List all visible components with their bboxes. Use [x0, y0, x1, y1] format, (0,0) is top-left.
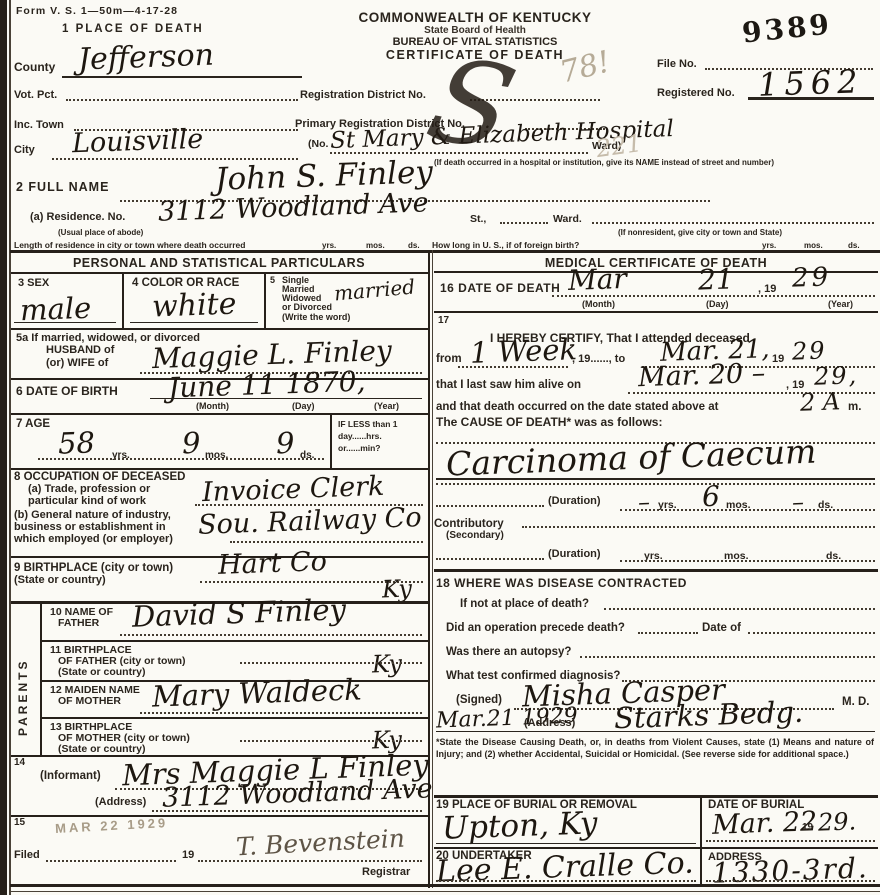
left-edge-line	[9, 0, 11, 895]
undertaker-address-handwritten: 1330-3rd.	[711, 851, 869, 889]
birthplace-label: 9 BIRTHPLACE (city or town)	[14, 562, 173, 574]
dod-day-label: (Day)	[706, 299, 729, 309]
registrar-signature-handwritten: T. Bevenstein	[235, 824, 405, 862]
informant-addr-label: (Address)	[95, 796, 146, 808]
parents-inner-divider	[40, 601, 42, 755]
cause-rule-bottom2	[436, 483, 875, 485]
vot-pct-line	[66, 99, 298, 101]
filed-date-stamp: MAR 22 1929	[55, 815, 169, 836]
occurred-label: and that death occurred on the date stat…	[436, 401, 718, 413]
age-ifless-divider	[330, 413, 332, 468]
howlong-ds-label: ds.	[848, 241, 860, 250]
occupation-b-line	[230, 541, 423, 543]
cause-label: The CAUSE OF DEATH* was as follows:	[436, 415, 662, 429]
dod-label: 16 DATE OF DEATH	[440, 281, 560, 295]
residence-ward-label: Ward.	[553, 213, 582, 225]
question-autopsy: Was there an autopsy?	[446, 646, 571, 658]
lastsaw-handwritten: Mar. 20 –	[637, 358, 765, 393]
where-contracted-label: 18 WHERE WAS DISEASE CONTRACTED	[436, 576, 687, 590]
lastsaw-year-handwritten: 29,	[814, 361, 859, 391]
duration1-ds-handwritten: –	[792, 488, 805, 516]
file-number-stamp: 9389	[741, 7, 834, 49]
filed-year-label: 19	[182, 849, 194, 861]
question-place-of-death: If not at place of death?	[460, 598, 589, 610]
dod-month-label: (Month)	[582, 299, 615, 309]
marital-write-word: (Write the word)	[282, 312, 350, 322]
abode-note: (Usual place of abode)	[58, 228, 143, 237]
death-certificate-scan: Form V. S. 1—50m—4-17-28 1 PLACE OF DEAT…	[0, 0, 880, 895]
dob-day-label: (Day)	[292, 401, 315, 411]
left-edge-bar	[0, 0, 7, 895]
spouse-label-2: HUSBAND of	[46, 344, 114, 356]
signature-address-handwritten: Starks Bedg.	[613, 695, 803, 736]
marital-divorced: or Divorced	[282, 302, 332, 312]
personal-title: PERSONAL AND STATISTICAL PARTICULARS	[12, 256, 426, 270]
occupation-b-handwritten: Sou. Railway Co	[198, 502, 423, 541]
filed-line1	[46, 860, 176, 862]
sex-line	[14, 322, 116, 323]
full-name-label: 2 FULL NAME	[16, 180, 109, 194]
inc-town-label: Inc. Town	[14, 119, 64, 131]
residence-ward-line1	[500, 222, 548, 224]
occupation-a-line2: particular kind of work	[28, 495, 146, 507]
burial-place-line	[436, 843, 696, 844]
certify-to-year-handwritten: 29	[792, 336, 828, 365]
mother-bp-label3: (State or country)	[58, 743, 146, 755]
county-line	[62, 76, 302, 78]
birthplace-label2: (State or country)	[14, 574, 106, 586]
undertaker-address-line	[706, 880, 875, 882]
father-row-rule	[41, 640, 428, 642]
length-ds-label: ds.	[408, 241, 420, 250]
form-number: Form V. S. 1—50m—4-17-28	[16, 5, 178, 17]
occupation-label: 8 OCCUPATION OF DECEASED	[14, 471, 185, 483]
burial-place-handwritten: Upton, Ky	[441, 805, 598, 846]
burial-year-prefix: 19	[802, 822, 813, 833]
filed-number: 15	[14, 817, 25, 828]
sex-race-divider	[122, 272, 124, 328]
spouse-label-3: (or) WIFE of	[46, 357, 108, 369]
state-board-subtitle: State Board of Health	[310, 25, 640, 36]
occurred-time-handwritten: 2 A	[800, 387, 841, 416]
howlong-label: How long in U. S., if of foreign birth?	[432, 240, 579, 250]
place-of-death-label: 1 PLACE OF DEATH	[62, 23, 204, 35]
dod-year-handwritten: 29	[791, 262, 831, 293]
duration-row-rule	[434, 569, 878, 572]
signed-label: (Signed)	[456, 694, 502, 706]
burial-column-divider	[700, 795, 702, 884]
mother-name-line	[140, 712, 422, 714]
bottom-border-2	[10, 891, 880, 892]
dob-row-rule	[11, 413, 428, 415]
mother-name-handwritten: Mary Waldeck	[151, 672, 362, 713]
duration2-line	[620, 560, 875, 562]
duration2-label: (Duration)	[548, 548, 601, 560]
dob-label: 6 DATE OF BIRTH	[16, 384, 118, 398]
informant-row-rule	[11, 815, 428, 817]
residence-handwritten: 3112 Woodland Ave	[158, 187, 430, 227]
undertaker-line	[436, 880, 696, 882]
occurred-suffix: m.	[848, 401, 861, 413]
length-yrs-label: yrs.	[322, 241, 336, 250]
filed-label: Filed	[14, 849, 40, 861]
duration2-lead-line	[436, 558, 544, 560]
violent-death-footnote: *State the Disease Causing Death, or, in…	[436, 737, 874, 760]
duration1-line	[620, 509, 875, 511]
question2-line2	[748, 632, 875, 634]
registered-no-label: Registered No.	[657, 87, 735, 99]
age-days-handwritten: 9	[275, 426, 295, 461]
certify-to-year-prefix: 19	[772, 353, 784, 365]
howlong-mos-label: mos.	[804, 241, 823, 250]
mother-bp-line	[240, 740, 422, 742]
father-bp-handwritten: Ky	[372, 649, 403, 678]
father-name-line	[120, 634, 422, 636]
certify-number: 17	[438, 315, 449, 326]
sex-label: 3 SEX	[18, 277, 49, 289]
dod-month-handwritten: Mar	[567, 262, 627, 297]
marital-number: 5	[270, 275, 275, 285]
secondary-label: (Secondary)	[446, 530, 504, 541]
race-value-handwritten: white	[151, 287, 237, 325]
lastsaw-label: that I last saw him alive on	[436, 379, 581, 391]
contributory-line	[522, 526, 875, 528]
age-row-rule	[11, 468, 428, 470]
residence-ward-line2	[592, 222, 874, 224]
city-value-handwritten: Louisville	[71, 124, 203, 160]
occupation-a-line1: (a) Trade, profession or	[28, 483, 150, 495]
certify-from-handwritten: 1 Week	[469, 332, 577, 370]
personal-title-rule	[11, 272, 428, 274]
race-marital-divider	[264, 272, 266, 328]
dob-line	[150, 398, 422, 399]
age-label: 7 AGE	[16, 418, 50, 430]
duration1-yrs-handwritten: –	[638, 488, 651, 516]
registration-district-label: Registration District No.	[300, 89, 426, 101]
ifless-line2: day......hrs.	[338, 431, 382, 441]
dob-year-label: (Year)	[374, 401, 399, 411]
marital-value-handwritten: married	[333, 275, 416, 306]
occupation-b-line1: (b) General nature of industry,	[14, 509, 171, 521]
informant-label: (Informant)	[40, 770, 101, 782]
certify-from-line	[458, 366, 568, 368]
dod-year-prefix: , 19	[758, 283, 776, 295]
footnote-row-rule	[434, 795, 878, 798]
question-operation-date: Date of	[702, 622, 741, 634]
informant-number: 14	[14, 757, 25, 768]
county-label: County	[14, 60, 55, 74]
question-operation: Did an operation precede death?	[446, 622, 625, 634]
dod-year-label: (Year)	[828, 299, 853, 309]
signature-address-label: (Address)	[524, 717, 575, 729]
parents-vertical-label: PARENTS	[16, 632, 30, 736]
occupation-b-line2: business or establishment in	[14, 521, 166, 533]
file-no-label: File No.	[657, 58, 697, 70]
registrar-label: Registrar	[362, 866, 410, 878]
main-divider-horizontal	[10, 250, 880, 253]
signature-address-line	[436, 731, 875, 732]
county-value-handwritten: Jefferson	[77, 38, 214, 78]
certify-from-label: from	[436, 353, 462, 365]
mother-row-rule	[41, 717, 428, 719]
dod-line	[552, 295, 875, 297]
residence-label: (a) Residence. No.	[30, 211, 125, 223]
duration1-lead-line	[436, 505, 544, 507]
question2-line1	[638, 632, 698, 634]
burial-date-line	[706, 840, 875, 842]
age-years-handwritten: 58	[57, 425, 95, 460]
mother-name-label2: OF MOTHER	[58, 695, 121, 707]
age-line	[38, 458, 324, 460]
length-residence-label: Length of residence in city or town wher…	[14, 240, 245, 250]
father-name-handwritten: David S Finley	[131, 592, 346, 633]
md-label: M. D.	[842, 696, 869, 708]
dob-month-label: (Month)	[196, 401, 229, 411]
question3-line	[580, 656, 875, 658]
ifless-line1: IF LESS than 1	[338, 419, 398, 429]
hospital-open-paren: (No.	[308, 138, 328, 150]
filed-line2	[198, 860, 422, 862]
informant-addr-line	[152, 810, 422, 812]
registered-no-line	[748, 97, 874, 100]
duration1-label: (Duration)	[548, 495, 601, 507]
cause-of-death-handwritten: Carcinoma of Caecum	[445, 432, 817, 484]
ifless-line3: or......min?	[338, 443, 381, 453]
father-bp-label3: (State or country)	[58, 666, 146, 678]
father-name-label2: FATHER	[58, 617, 99, 629]
vot-pct-label: Vot. Pct.	[14, 89, 57, 101]
city-label: City	[14, 144, 35, 156]
marital-row-rule	[11, 328, 428, 330]
occupation-a-handwritten: Invoice Clerk	[202, 471, 385, 508]
commonwealth-title: COMMONWEALTH OF KENTUCKY	[310, 10, 640, 25]
nonresident-note: (If nonresident, give city or town and S…	[618, 228, 782, 237]
father-bp-line	[240, 662, 422, 664]
occupation-b-line3: which employed (or employer)	[14, 533, 173, 545]
birthplace-handwritten: Hart Co	[217, 546, 327, 581]
howlong-yrs-label: yrs.	[762, 241, 776, 250]
cause-rule-bottom	[436, 478, 875, 480]
birthplace-state-handwritten: Ky	[382, 574, 413, 603]
residence-st-label: St.,	[470, 213, 486, 225]
burial-year-handwritten: 29.	[818, 807, 857, 836]
length-mos-label: mos.	[366, 241, 385, 250]
dod-day-handwritten: 21	[697, 262, 734, 296]
race-line	[130, 322, 258, 323]
question1-line	[604, 608, 875, 610]
contributory-label: Contributory	[434, 518, 504, 530]
certify-from-mid: , 19......, to	[572, 353, 625, 365]
age-months-handwritten: 9	[181, 426, 201, 461]
dod-row-rule	[434, 311, 878, 313]
